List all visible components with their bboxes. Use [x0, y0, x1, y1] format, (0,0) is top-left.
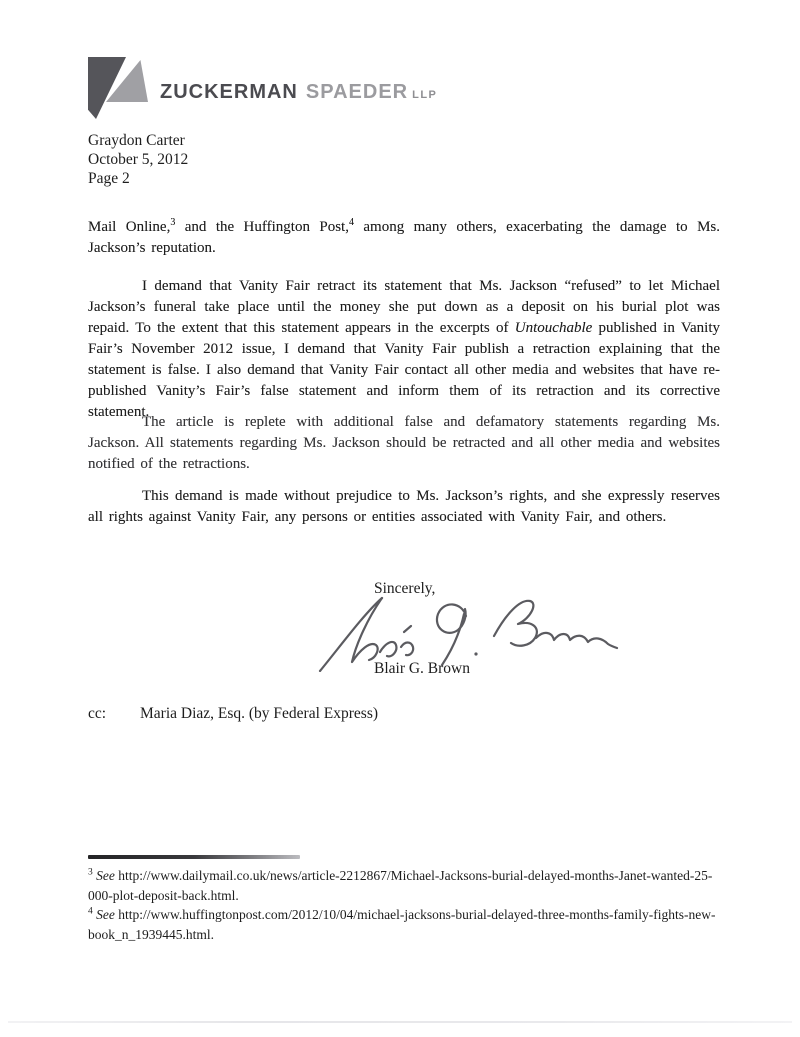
paragraph-continuation: Mail Online,3 and the Huffington Post,4 …	[88, 217, 720, 259]
book-title-untouchable: Untouchable	[515, 320, 592, 336]
p1-text: Mail Online,	[88, 219, 170, 235]
footnote-4-url: http://www.huffingtonpost.com/2012/10/04…	[88, 907, 715, 942]
cc-line: cc:Maria Diaz, Esq. (by Federal Express)	[88, 705, 378, 723]
recipient-name: Graydon Carter	[88, 131, 188, 150]
p1-text: and the Huffington Post,	[175, 219, 349, 235]
cc-label: cc:	[88, 705, 140, 723]
footnote-3-marker: 3	[88, 868, 93, 878]
footnote-3-url: http://www.dailymail.co.uk/news/article-…	[88, 868, 712, 903]
firm-name-primary: ZUCKERMAN	[160, 81, 298, 103]
firm-name-suffix: LLP	[412, 89, 437, 101]
scan-artifact-line	[8, 1021, 792, 1023]
footnote-4-see: See	[96, 907, 115, 922]
firm-name: ZUCKERMANSPAEDERLLP	[160, 81, 437, 104]
footnote-3: 3 See http://www.dailymail.co.uk/news/ar…	[88, 866, 728, 905]
footnote-4: 4 See http://www.huffingtonpost.com/2012…	[88, 905, 728, 944]
paragraph-demand-retraction: I demand that Vanity Fair retract its st…	[88, 276, 720, 423]
scanned-letter-page: ZUCKERMANSPAEDERLLP Graydon Carter Octob…	[0, 0, 800, 1037]
header-block: Graydon Carter October 5, 2012 Page 2	[88, 131, 188, 188]
footnote-3-see: See	[96, 868, 115, 883]
letter-date: October 5, 2012	[88, 150, 188, 169]
paragraph-without-prejudice: This demand is made without prejudice to…	[88, 486, 720, 528]
footnote-separator	[88, 855, 300, 859]
footnote-4-marker: 4	[88, 907, 93, 917]
zuckerman-spaeder-logo-icon	[88, 57, 148, 119]
footnote-section: 3 See http://www.dailymail.co.uk/news/ar…	[88, 855, 728, 944]
paragraph-defamatory-statements: The article is replete with additional f…	[88, 412, 720, 475]
cc-recipient: Maria Diaz, Esq. (by Federal Express)	[140, 705, 378, 722]
page-number: Page 2	[88, 169, 188, 188]
signer-typed-name: Blair G. Brown	[374, 660, 470, 678]
firm-name-secondary: SPAEDER	[306, 81, 408, 103]
